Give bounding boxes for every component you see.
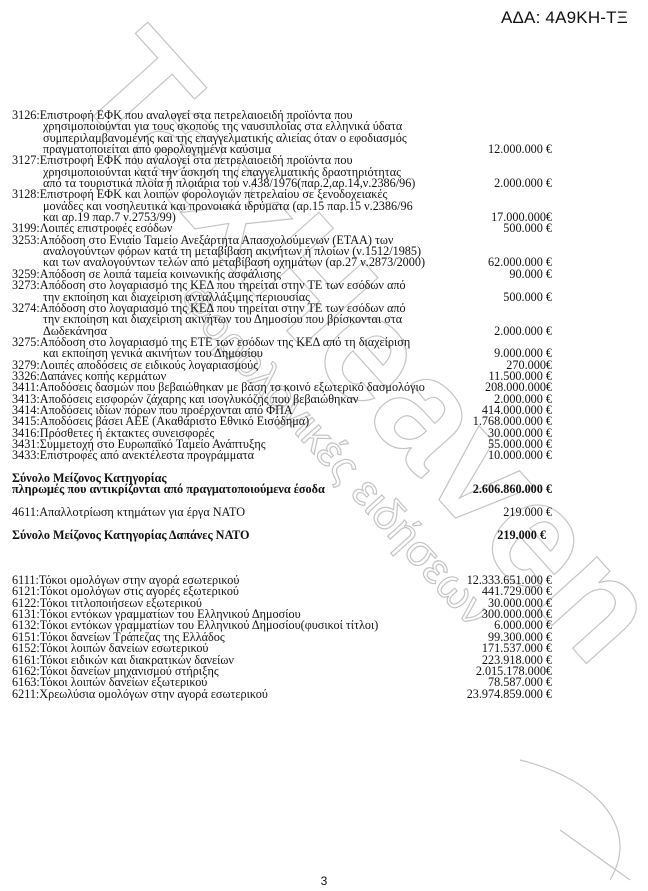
section2-total: Σύνολο Μείζονος Κατηγορίας Δαπάνες ΝΑΤΟ … xyxy=(12,530,552,541)
budget-line-item: 3274:Απόδοση στο λογαριασμό της ΚΕΔ που … xyxy=(12,303,552,337)
ada-code: ΑΔΑ: 4Α9ΚΗ-ΤΞ xyxy=(501,8,628,28)
budget-line-item: 6211:Χρεωλύσια ομολόγων στην αγορά εσωτε… xyxy=(12,689,552,700)
budget-line-item: 3275:Απόδοση στο λογαριασμό της ΕΤΕ των … xyxy=(12,337,552,360)
budget-line-item: 3128:Επιστροφή ΕΦΚ και λοιπών φορολογιών… xyxy=(12,189,552,223)
section1-total: Σύνολο Μείζονος Κατηγορίας πληρωμές που … xyxy=(12,473,552,496)
item-amount: 10.000.000 € xyxy=(488,450,552,461)
item-amount: 12.000.000 € xyxy=(488,144,552,155)
page-number: 3 xyxy=(0,874,648,888)
item-amount: 2.000.000 € xyxy=(494,178,552,189)
item-amount: 2.000.000 € xyxy=(494,326,552,337)
nato-section: 4611:Απαλλοτρίωση κτημάτων για έργα ΝΑΤΟ… xyxy=(12,507,552,518)
budget-document-body: 3126:Επιστροφή ΕΦΚ που αναλογεί στα πετρ… xyxy=(12,110,552,700)
revenue-refund-section: 3126:Επιστροφή ΕΦΚ που αναλογεί στα πετρ… xyxy=(12,110,552,462)
item-code-description: 4611:Απαλλοτρίωση κτημάτων για έργα ΝΑΤΟ xyxy=(12,505,245,519)
item-amount: 500.000 € xyxy=(503,292,552,303)
budget-line-item: 4611:Απαλλοτρίωση κτημάτων για έργα ΝΑΤΟ… xyxy=(12,507,552,518)
budget-line-item: 3253:Απόδοση στο Ενιαίο Ταμείο Ανεξάρτητ… xyxy=(12,235,552,269)
item-amount: 90.000 € xyxy=(509,269,552,280)
interest-section: 6111:Τόκοι ομολόγων στην αγορά εσωτερικο… xyxy=(12,575,552,700)
watermark-outline-shape xyxy=(520,760,630,880)
budget-line-item: 3433:Επιστροφές από ανεκτέλεστα προγράμμ… xyxy=(12,450,552,461)
total-amount: 2.606.860.000 € xyxy=(473,484,552,495)
budget-line-item: 3126:Επιστροφή ΕΦΚ που αναλογεί στα πετρ… xyxy=(12,110,552,155)
item-amount: 500.000 € xyxy=(503,223,552,234)
budget-line-item: 3127:Επιστροφή ΕΦΚ που αναλογεί στα πετρ… xyxy=(12,155,552,189)
total-label-line2: πληρωμές που αντικρίζονται από πραγματοπ… xyxy=(12,482,325,496)
item-amount: 23.974.859.000 € xyxy=(467,689,552,700)
budget-line-item: 3273:Απόδοση στο λογαριασμό της ΚΕΔ που … xyxy=(12,280,552,303)
item-amount: 219.000 € xyxy=(503,507,552,518)
nato-total-label: Σύνολο Μείζονος Κατηγορίας Δαπάνες ΝΑΤΟ xyxy=(12,528,249,542)
item-code-description: 3433:Επιστροφές από ανεκτέλεστα προγράμμ… xyxy=(12,448,254,462)
item-code-description: 6211:Χρεωλύσια ομολόγων στην αγορά εσωτε… xyxy=(12,687,268,701)
nato-total-amount: 219.000 € xyxy=(497,530,546,541)
